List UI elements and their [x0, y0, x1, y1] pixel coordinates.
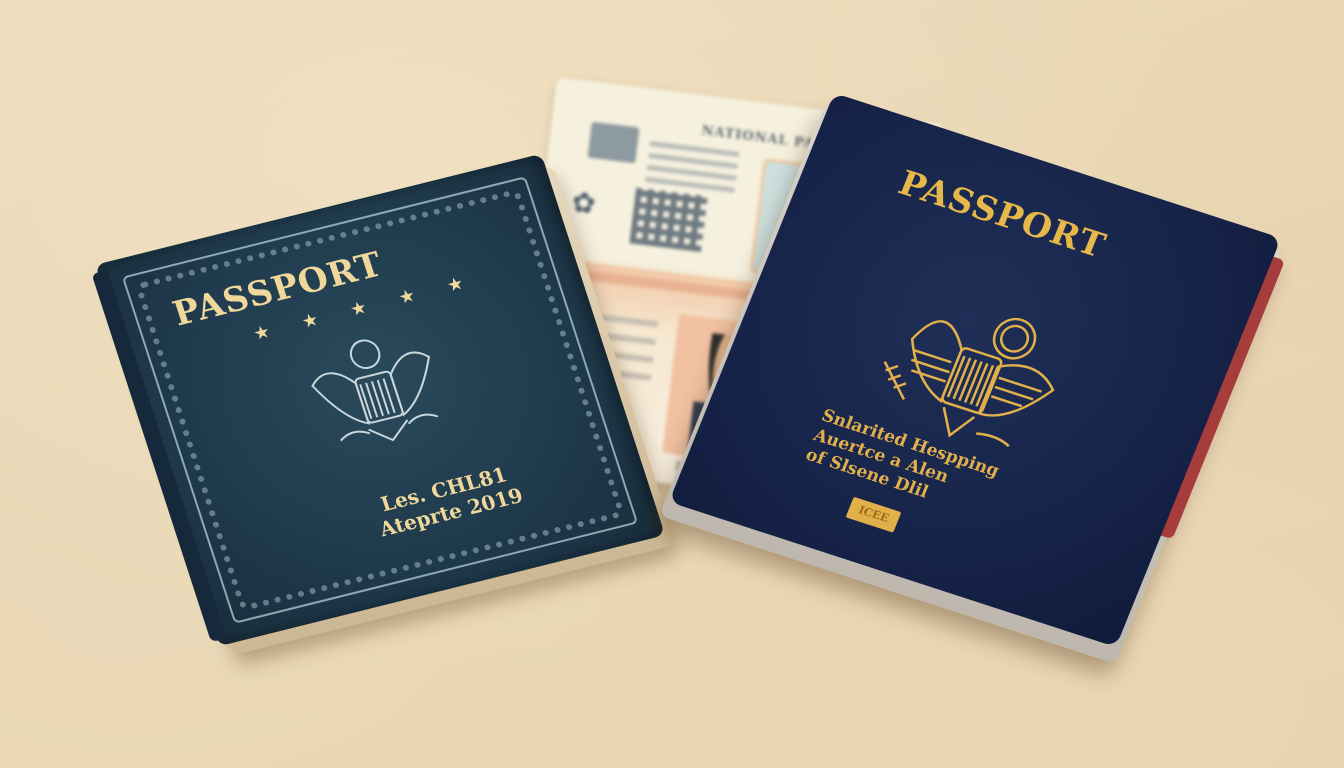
qr-code-icon	[629, 188, 707, 252]
photo-scene: NATIONAL PASSPORT E CNE ✿ DOL I PASSPORT…	[0, 0, 1344, 768]
biometric-chip-icon: ICEE	[846, 497, 902, 533]
id-thumbnail	[588, 122, 640, 164]
leaf-icon: ✿	[570, 185, 597, 221]
right-passport-title: PASSPORT	[893, 163, 1112, 266]
